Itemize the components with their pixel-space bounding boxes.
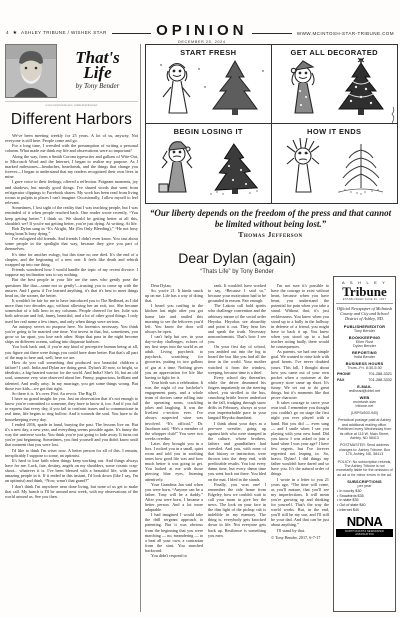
decorated-tree-drawing xyxy=(273,57,395,119)
ndna-wordmark: NDNA xyxy=(336,516,393,528)
ndna-logo: NDNA NORTH DAKOTA NEWSPAPER ASSOCIATION xyxy=(336,516,393,537)
paragraph: I don't think I'm anywhere near done liv… xyxy=(5,484,138,499)
portrait-illustration xyxy=(6,45,56,97)
column-logo-text: That's Life by Tony Bender xyxy=(57,44,138,98)
flag-tribune: Tribune xyxy=(336,285,393,298)
paragraph: I think about your days as a pee-wee wre… xyxy=(208,421,266,482)
usps-number: (USPS#530-940) xyxy=(336,411,393,415)
column-title: That's Life xyxy=(57,50,138,80)
dear-dylan-body: Dear Dylan,So, you're 21. It kinda snuck… xyxy=(145,283,329,613)
subscription-rates: • In county $30• Snowbirds $35• In state… xyxy=(336,489,393,512)
fax-label: FAX xyxy=(337,378,344,382)
press-freedom-quote: “Our liberty depends on the freedom of t… xyxy=(145,208,396,239)
paragraph: But the best people in your life are the… xyxy=(5,277,138,298)
section-title: OPINION xyxy=(156,22,247,39)
author-contact-line: www.tonybender.net | redhead@drtel.net xyxy=(5,101,138,107)
paragraph: Finally, you won one! I remember the rid… xyxy=(208,482,266,538)
paragraph: I heard you rustling in the kitchen last… xyxy=(145,303,203,334)
paragraph: You look back and, if you're any kind of… xyxy=(5,344,138,359)
paragraph: Later, they brought you in a box. I rock… xyxy=(145,441,203,482)
paragraph: Friends wondered how I would handle the … xyxy=(5,267,138,277)
paragraph: The Lakota call bold spirits who challen… xyxy=(208,303,266,344)
fax-row: FAX 701-288-3332 xyxy=(336,378,393,382)
subscriptions-per-year: per year xyxy=(336,484,393,488)
paragraph: It's hard to lose faith when things keep… xyxy=(5,458,138,484)
policy-notice: POLICY: No subscription refunds. The Ash… xyxy=(336,460,393,478)
paragraph: We've been meeting weekly for 25 years. … xyxy=(5,133,138,143)
paragraph: Along the way, from a Smith Corona typew… xyxy=(5,154,138,180)
panel-caption: HOW IT ENDS xyxy=(272,124,398,136)
postmaster-notice: POSTMASTER: Send address changes to: Ash… xyxy=(336,443,393,456)
dear-dylan-header: Dear Dylan (again) “Thats Life” by Tony … xyxy=(145,250,329,275)
dear-dylan-subhead: “Thats Life” by Tony Bender xyxy=(145,269,329,275)
tony-bender-photo xyxy=(5,44,57,98)
masthead: 4 ★ ASHLEY TRIBUNE / WISHEK STAR OPINION… xyxy=(6,22,394,44)
paragraph: I have no grand insight for you. Just an… xyxy=(5,396,138,422)
paragraph: It takes courage to carve your own trail… xyxy=(271,400,329,476)
paragraph: Your Grandma Jan said when you were born… xyxy=(145,482,203,513)
paragraph: An autopsy serves no purpose here. No fo… xyxy=(5,324,138,345)
paragraph: rank. It wouldn't have worked to say, “B… xyxy=(208,283,266,303)
fax-value: 701-288-3332 xyxy=(368,378,392,382)
paragraph: Every school day thereafter, while the d… xyxy=(208,375,266,421)
paragraph: It wouldn't be fair for me to have intro… xyxy=(5,298,138,324)
paragraph: I gave voice to their feelings, offered … xyxy=(5,179,138,205)
business-hours-value: Thurs.-Fri. 8:30-5:30 xyxy=(336,366,393,370)
cartoonist-signature xyxy=(390,105,396,124)
cartoon-panel-losing-it: BEGIN LOSING IT xyxy=(146,124,272,203)
page-number: 4 xyxy=(6,30,9,35)
paragraph: On your first day of school, you ambled … xyxy=(208,344,266,375)
paragraph: I'd like to think I'm wiser now. A bette… xyxy=(5,448,138,458)
ndna-association-bar: NORTH DAKOTA NEWSPAPER ASSOCIATION xyxy=(336,529,393,537)
dear-dylan-column-2: rank. It wouldn't have worked to say, “B… xyxy=(208,283,266,613)
paragraph: As parents, we had one simple goal. We w… xyxy=(271,349,329,400)
masthead-website: WWW.MCINTOSH-STAR-TRIBUNE.COM xyxy=(297,31,394,36)
cartoon-panel-how-it-ends: HOW IT ENDS xyxy=(272,124,398,203)
staff-name: Dylan Bender xyxy=(336,344,393,348)
article-body: We've been meeting weekly for 25 years. … xyxy=(5,133,138,593)
masthead-left: 4 ★ ASHLEY TRIBUNE / WISHEK STAR xyxy=(6,30,107,36)
staff-name: India Bender xyxy=(336,355,393,359)
dear-dylan-column-1: Dear Dylan,So, you're 21. It kinda snuck… xyxy=(145,283,203,613)
cartoon-panel-decorated: GET ALL DECORATED xyxy=(272,45,398,124)
star-icon: ★ xyxy=(13,30,18,36)
masthead-left-title: ASHLEY TRIBUNE / WISHEK STAR xyxy=(21,30,107,35)
paragraph: I'll stand by that. xyxy=(271,528,329,533)
editorial-cartoon: START FRESH GET ALL DECORATE xyxy=(145,44,398,204)
paragraph: Your birth was a celebration. It was the… xyxy=(145,380,203,441)
column-title-line2: Life xyxy=(57,65,138,80)
newspaper-flag-box: A S H L E Y Tribune ESTABLISHED JUNE 30,… xyxy=(333,276,396,612)
section-banner: OPINION DECEMBER 25, 2024 xyxy=(156,22,247,44)
masthead-rule-right xyxy=(252,33,291,34)
fresh-tree-drawing xyxy=(147,57,269,119)
panel-caption: BEGIN LOSING IT xyxy=(146,124,271,136)
paragraph: • Internet $40 xyxy=(337,508,392,513)
staff-list: PUBLISHER/EDITOR Tony Bender BOOKKEEPING… xyxy=(336,324,393,359)
web-value-line2: tribune.net xyxy=(336,404,393,408)
paragraph: So, you're 21. It kinda snuck up on me. … xyxy=(145,288,203,303)
column-divider xyxy=(140,44,141,612)
staff-name: Tony Bender xyxy=(336,329,393,333)
column-logo: That's Life by Tony Bender xyxy=(5,44,138,98)
dead-tree-drawing xyxy=(273,136,395,198)
paragraph: I've eulogized old friends. And friends … xyxy=(5,236,138,251)
paragraph: I ended 2016, spade in hand, burying the… xyxy=(5,422,138,448)
paragraph: Sometimes, I lost sight of the reality t… xyxy=(5,205,138,226)
article-headline: Different Harbors xyxy=(5,111,138,129)
dear-dylan-column-3: I'm not sure it's possible to have the c… xyxy=(271,283,329,613)
paragraph: How do you call something that produced … xyxy=(5,360,138,391)
paragraph: You didn't respond to xyxy=(145,553,203,558)
paragraph: It's time for another eulogy, but this t… xyxy=(5,252,138,267)
paragraph: I can't help but see, in your day-to-day… xyxy=(145,334,203,380)
dear-dylan-headline: Dear Dylan (again) xyxy=(145,250,329,266)
cartoon-panel-start-fresh: START FRESH xyxy=(146,45,272,124)
paragraph: I'm not sure it's possible to have the c… xyxy=(271,283,329,349)
phone-row: PHONE 701-288-3321 xyxy=(336,372,393,376)
paragraph: I had imagined I would take the drill se… xyxy=(145,512,203,553)
panel-caption: GET ALL DECORATED xyxy=(272,45,398,57)
paragraph: © Tony Bender, 2017, 6-7-17 xyxy=(271,535,329,540)
paragraph: Bob Dylan sang in “It's Alright, Ma (I'm… xyxy=(5,226,138,236)
flag-established: ESTABLISHED JUNE 30, 1907 xyxy=(336,298,393,304)
masthead-rule-left xyxy=(112,33,151,34)
periodical-notice: Periodical postage paid at Ashley and ad… xyxy=(336,418,393,440)
panel-caption: START FRESH xyxy=(146,45,271,57)
quote-text: “Our liberty depends on the freedom of t… xyxy=(145,208,396,229)
thats-life-column: That's Life by Tony Bender www.tonybende… xyxy=(5,44,138,593)
phone-label: PHONE xyxy=(337,372,351,376)
official-newspaper-note: Official Newspaper of McIntosh County an… xyxy=(336,306,393,321)
paragraph: For a long time, I wrestled with the pre… xyxy=(5,143,138,153)
quote-attribution: Thomas Jefferson xyxy=(145,230,396,239)
column-byline: by Tony Bender xyxy=(57,82,138,90)
newspaper-opinion-page: 4 ★ ASHLEY TRIBUNE / WISHEK STAR OPINION… xyxy=(0,0,400,618)
paragraph: I wrote in a letter to you 21 years ago,… xyxy=(271,477,329,528)
drooping-tree-drawing xyxy=(147,136,269,198)
phone-value: 701-288-3321 xyxy=(368,372,392,376)
email-value: redhead@drtel.net xyxy=(336,389,393,393)
